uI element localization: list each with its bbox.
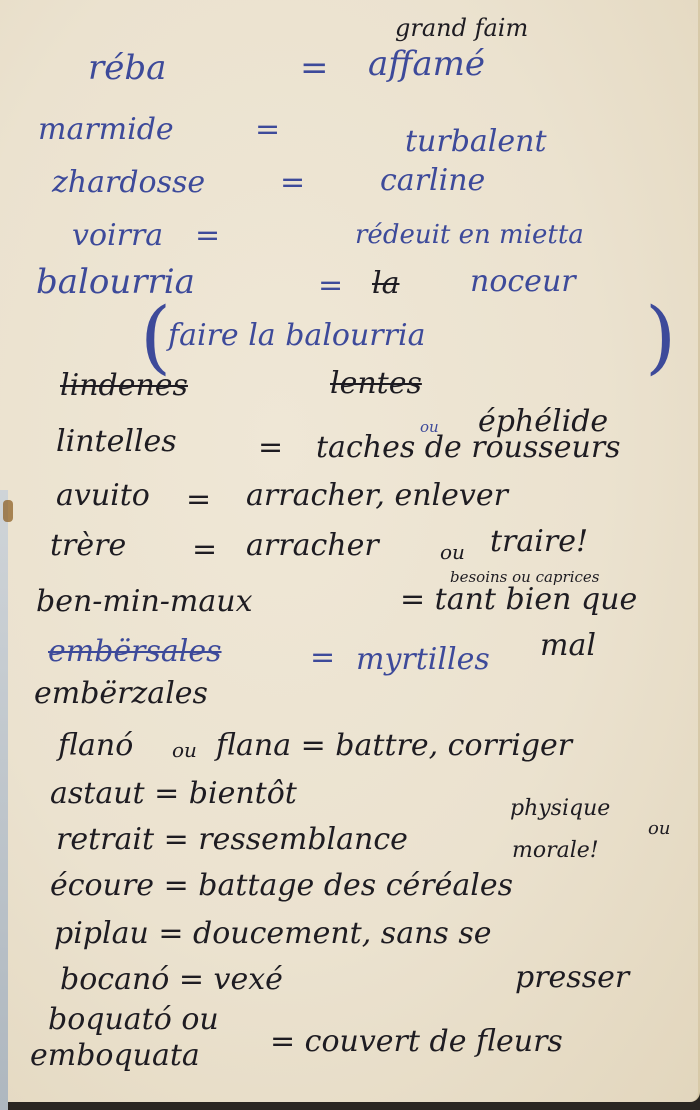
term-zhardosse: zhardosse	[52, 165, 205, 200]
term-emboquata: emboquata	[30, 1038, 200, 1073]
definition-affame: affamé	[368, 44, 485, 84]
entry-piplau-doucement: piplau = doucement, sans se	[54, 916, 492, 951]
card-edge-strip	[0, 490, 8, 1110]
entry-flana-battre-corriger: flana = battre, corriger	[216, 728, 572, 763]
struck-word-la: la	[372, 266, 399, 301]
equals-sign: =	[195, 218, 220, 253]
definition-myrtilles: myrtilles	[356, 642, 490, 677]
term-ben-min-maux: ben-min-maux	[36, 584, 253, 619]
equals-sign: =	[300, 48, 329, 88]
term-boquato-ou: boquató ou	[48, 1002, 219, 1037]
annotation-physique: physique	[510, 796, 610, 821]
word-ou: ou	[440, 540, 465, 564]
term-avuito: avuito	[56, 478, 150, 513]
term-voirra: voirra	[72, 218, 163, 253]
note-card: grand faim réba = affamé marmide = turba…	[0, 0, 700, 1102]
definition-arracher-enlever: arracher, enlever	[246, 478, 508, 513]
definition-reduit-en-mietta: rédeuit en mietta	[355, 220, 584, 250]
annotation-ou: ou	[648, 818, 670, 839]
equals-sign: =	[280, 165, 305, 200]
struck-term-lindenes: lindenes	[60, 368, 188, 403]
equals-sign: =	[258, 430, 283, 465]
entry-bocano-vexe: bocanó = vexé	[60, 962, 283, 997]
annotation-morale: morale!	[512, 838, 599, 863]
equals-sign: =	[192, 532, 217, 567]
close-parenthesis: )	[645, 290, 676, 383]
definition-noceur: noceur	[470, 264, 576, 299]
equals-sign: =	[255, 112, 280, 147]
entry-ecoure-battage-des-cereales: écoure = battage des céréales	[50, 868, 513, 903]
rust-stain	[3, 500, 13, 522]
definition-mal: mal	[540, 628, 596, 663]
struck-definition-lentes: lentes	[330, 366, 422, 401]
term-emberzales: embërzales	[34, 676, 208, 711]
term-marmide: marmide	[38, 112, 174, 147]
term-flano: flanó	[58, 728, 133, 763]
word-ou: ou	[172, 738, 197, 762]
continuation-presser: presser	[515, 960, 629, 995]
entry-astaut-bientot: astaut = bientôt	[50, 776, 297, 811]
equals-sign: =	[310, 640, 335, 675]
term-trere: trère	[50, 528, 126, 563]
definition-traire: traire!	[490, 524, 588, 559]
definition-couvert-de-fleurs: = couvert de fleurs	[270, 1024, 563, 1059]
struck-term-embersales: embërsales	[48, 634, 222, 669]
entry-retrait-ressemblance: retrait = ressemblance	[56, 822, 408, 857]
definition-turbalent: turbalent	[405, 124, 547, 159]
note-faire-la-balourria: faire la balourria	[168, 318, 425, 353]
definition-arracher: arracher	[246, 528, 379, 563]
definition-carline: carline	[380, 163, 485, 198]
annotation-grand-faim: grand faim	[395, 14, 528, 42]
term-lintelles: lintelles	[56, 424, 177, 459]
definition-taches-de-rousseurs: taches de rousseurs	[316, 430, 621, 465]
equals-sign: =	[318, 268, 343, 303]
term-reba: réba	[88, 48, 166, 88]
definition-tant-bien-que: = tant bien que	[400, 582, 637, 617]
equals-sign: =	[186, 482, 211, 517]
